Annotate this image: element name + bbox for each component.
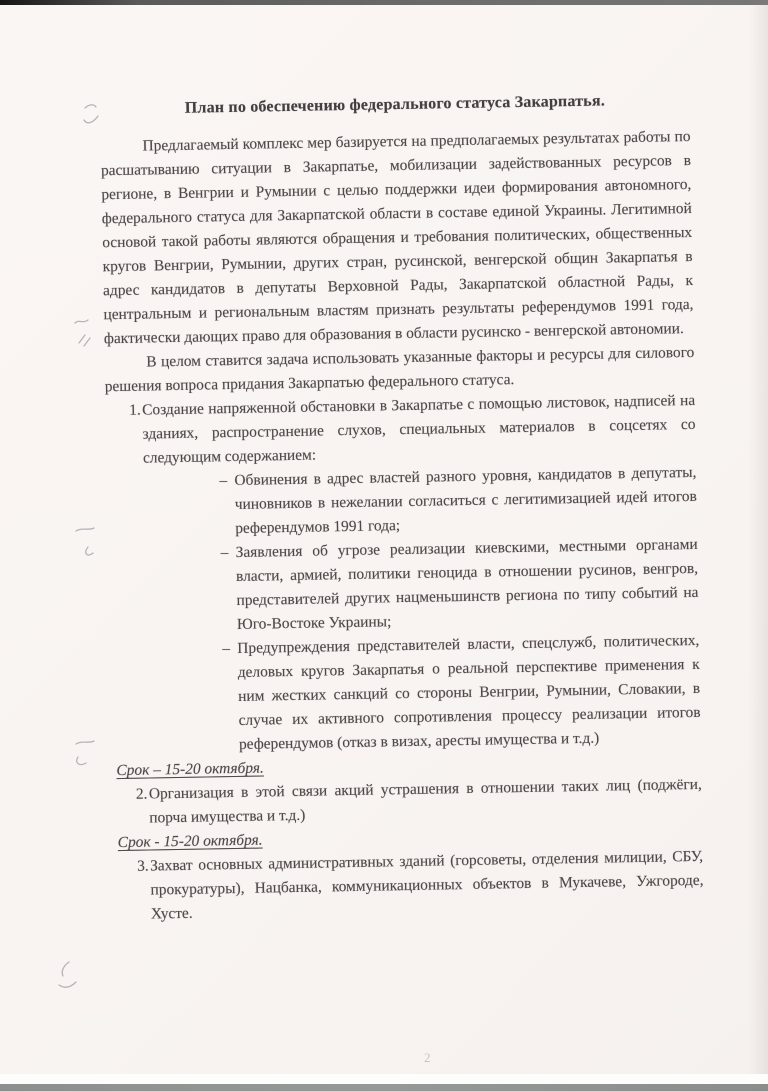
handwritten-mark-icon: [72, 316, 98, 350]
sub-item-3-text: Предупреждения представителей власти, сп…: [237, 629, 701, 757]
scanned-document-page: { "document": { "title": "План по обеспе…: [0, 0, 768, 1091]
document-body: План по обеспечению федерального статуса…: [100, 88, 704, 927]
sub-item-2-text: Заявления об угрозе реализации киевскими…: [235, 533, 699, 637]
dash-marker: –: [219, 469, 235, 541]
list-item-3-text: Захват основных административных зданий …: [150, 845, 704, 927]
document-title: План по обеспечению федерального статуса…: [100, 88, 690, 122]
list-item-1-text: Создание напряженной обстановки в Закарп…: [142, 389, 696, 471]
scan-bottom-white-strip: [0, 1074, 768, 1084]
handwritten-mark-icon: [73, 522, 99, 560]
scan-right-edge: [748, 0, 768, 1091]
list-item-3-number: 3.: [137, 855, 151, 927]
list-item-2-text: Организация в этой связи акций устрашени…: [149, 773, 703, 831]
list-item-1: 1. Создание напряженной обстановки в Зак…: [129, 389, 696, 471]
list-item-3: 3. Захват основных административных здан…: [137, 845, 704, 927]
intro-paragraph-1: Предлагаемый комплекс мер базируется на …: [100, 125, 694, 351]
sub-item-2: – Заявления об угрозе реализации киевски…: [220, 533, 699, 637]
sub-item-1-text: Обвинения в адрес властей разного уровня…: [234, 461, 697, 541]
handwritten-mark-icon: [54, 958, 82, 992]
list-item-2: 2. Организация в этой связи акций устраш…: [136, 773, 703, 831]
scan-bottom-edge: [0, 1084, 768, 1091]
list-item-1-number: 1.: [129, 399, 143, 471]
list-item-2-number: 2.: [136, 783, 150, 831]
sub-item-1: – Обвинения в адрес властей разного уров…: [219, 461, 697, 541]
handwritten-mark-icon: [71, 737, 99, 769]
scan-top-edge: [0, 0, 768, 5]
sub-item-3: – Предупреждения представителей власти, …: [222, 629, 701, 757]
dash-marker: –: [220, 541, 237, 637]
page-number: 2: [424, 1050, 431, 1066]
